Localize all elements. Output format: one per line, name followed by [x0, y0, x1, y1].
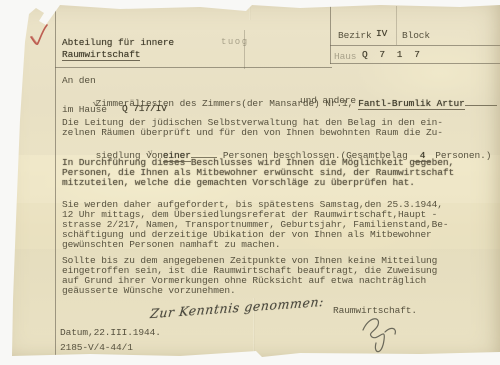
- department-line1: Abteilung für innere: [62, 38, 174, 48]
- fold-crease: [249, 6, 251, 20]
- stamp-text: tuog: [221, 37, 249, 47]
- red-check-icon: [28, 22, 50, 49]
- paragraph-line: gewünschten Personen namhaft zu machen.: [62, 240, 280, 250]
- left-margin-rule: [55, 8, 56, 357]
- recipient-name: Fantl-Brumlik Artur: [358, 98, 464, 110]
- header-underline-rule: [55, 67, 332, 68]
- document-paper: Abteilung für innere Raumwirtschaft tuog…: [0, 0, 500, 365]
- stamp-rule: [244, 30, 245, 69]
- recipient-suffix: und andere: [300, 96, 356, 106]
- bezirk-label: Bezirk: [338, 31, 372, 41]
- reference-number: 2185-V/4-44/1: [60, 343, 133, 353]
- handwritten-acknowledgement: Zur Kenntnis genommen:: [149, 294, 324, 321]
- scan-backdrop: Abteilung für innere Raumwirtschaft tuog…: [0, 0, 500, 365]
- salutation: An den: [62, 76, 96, 86]
- blank-underline: [465, 96, 497, 106]
- header-box-rule-bottom: [330, 63, 500, 64]
- block-label: Block: [402, 31, 430, 41]
- department-line2: Raumwirtschaft: [62, 50, 140, 61]
- paragraph-line: zelnen Räumen überprüft und für den von …: [62, 128, 443, 138]
- red-slash-icon: [0, 48, 14, 70]
- paragraph-line: mitzuteilen, welche die gemachten Vorsch…: [62, 178, 415, 188]
- house-value: Q 717/IV: [122, 104, 167, 114]
- house-label: im Hause: [62, 105, 107, 115]
- pencil-tick: v: [92, 99, 98, 109]
- signature-scribble: [355, 312, 410, 357]
- date-line: Datum,22.III.1944.: [60, 328, 161, 338]
- header-box-rule-row: [330, 45, 500, 46]
- paragraph-line: geäusserte Wünsche vorzunehmen.: [62, 286, 236, 296]
- header-box-rule-mid: [396, 6, 397, 45]
- haus-label: Haus: [334, 52, 356, 62]
- header-box-rule-left: [330, 6, 331, 64]
- haus-value: Q 7 1 7: [362, 50, 423, 60]
- pencil-tick: v: [147, 148, 153, 158]
- bezirk-value: IV: [376, 29, 387, 39]
